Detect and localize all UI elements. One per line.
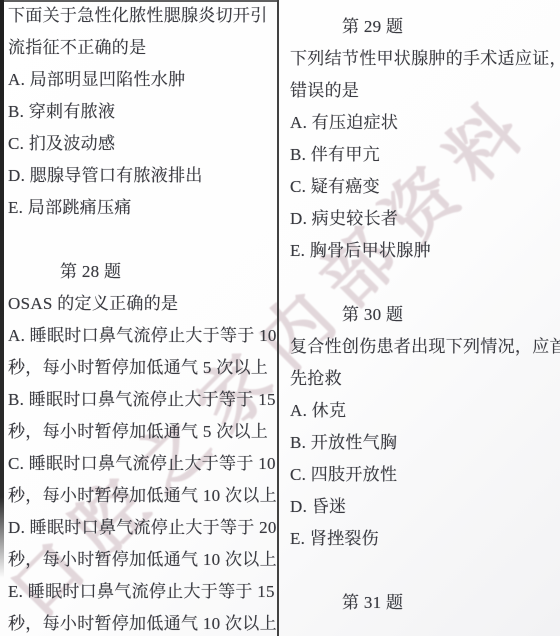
block-gap [290,555,560,587]
answer-option: E. 肾挫裂伤 [290,523,560,555]
block-gap [8,224,280,256]
answer-option: B. 开放性气胸 [290,427,560,459]
question-text: 秒，每小时暂停加低通气 5 次以上 [8,352,280,384]
question-text: 复合性创伤患者出现下列情况，应首 [290,331,560,363]
answer-option: C. 睡眠时口鼻气流停止大于等于 10 [8,448,280,480]
question-text: 秒，每小时暂停加低通气 5 次以上 [8,416,280,448]
scanned-exam-page: 口腔之家内部资料 下面关于急性化脓性腮腺炎切开引流指征不正确的是A. 局部明显凹… [0,0,560,636]
question-text: 秒，每小时暂停加低通气 10 次以上 [8,480,280,512]
question-text: 秒，每小时暂停加低通气 10 次以上 [8,608,280,636]
answer-option: E. 局部跳痛压痛 [8,192,280,224]
answer-option: A. 有压迫症状 [290,107,560,139]
scan-edge-left-line [0,0,4,578]
answer-option: A. 休克 [290,395,560,427]
question-text: OSAS 的定义正确的是 [8,288,280,320]
answer-option: E. 睡眠时口鼻气流停止大于等于 15 [8,576,280,608]
question-text: 秒，每小时暂停加低通气 10 次以上 [8,544,280,576]
question-text: 下列结节性甲状腺肿的手术适应证， [290,43,560,75]
question-text: 下面关于急性化脓性腮腺炎切开引 [8,0,280,32]
answer-option: A. 局部明显凹陷性水肿 [8,64,280,96]
question-number: 第 30 题 [290,299,560,331]
question-number: 第 31 题 [290,587,560,619]
answer-option: D. 睡眠时口鼻气流停止大于等于 20 [8,512,280,544]
page: { "watermark": { "text": "口腔之家内部资料", "co… [0,0,560,636]
question-text: 流指征不正确的是 [8,32,280,64]
question-text: 先抢救 [290,363,560,395]
answer-option: E. 胸骨后甲状腺肿 [290,235,560,267]
answer-option: A. 睡眠时口鼻气流停止大于等于 10 [8,320,280,352]
answer-option: C. 四肢开放性 [290,459,560,491]
answer-option: D. 腮腺导管口有脓液排出 [8,160,280,192]
answer-option: B. 穿刺有脓液 [8,96,280,128]
question-text: 错误的是 [290,75,560,107]
answer-option: D. 病史较长者 [290,203,560,235]
answer-option: C. 疑有癌变 [290,171,560,203]
block-gap [290,267,560,299]
answer-option: D. 昏迷 [290,491,560,523]
question-number: 第 29 题 [290,11,560,43]
answer-option: B. 睡眠时口鼻气流停止大于等于 15 [8,384,280,416]
answer-option: C. 扪及波动感 [8,128,280,160]
left-column: 下面关于急性化脓性腮腺炎切开引流指征不正确的是A. 局部明显凹陷性水肿B. 穿刺… [8,0,280,636]
answer-option: B. 伴有甲亢 [290,139,560,171]
right-column: 第 29 题下列结节性甲状腺肿的手术适应证，错误的是A. 有压迫症状B. 伴有甲… [290,0,560,619]
question-number: 第 28 题 [8,256,280,288]
